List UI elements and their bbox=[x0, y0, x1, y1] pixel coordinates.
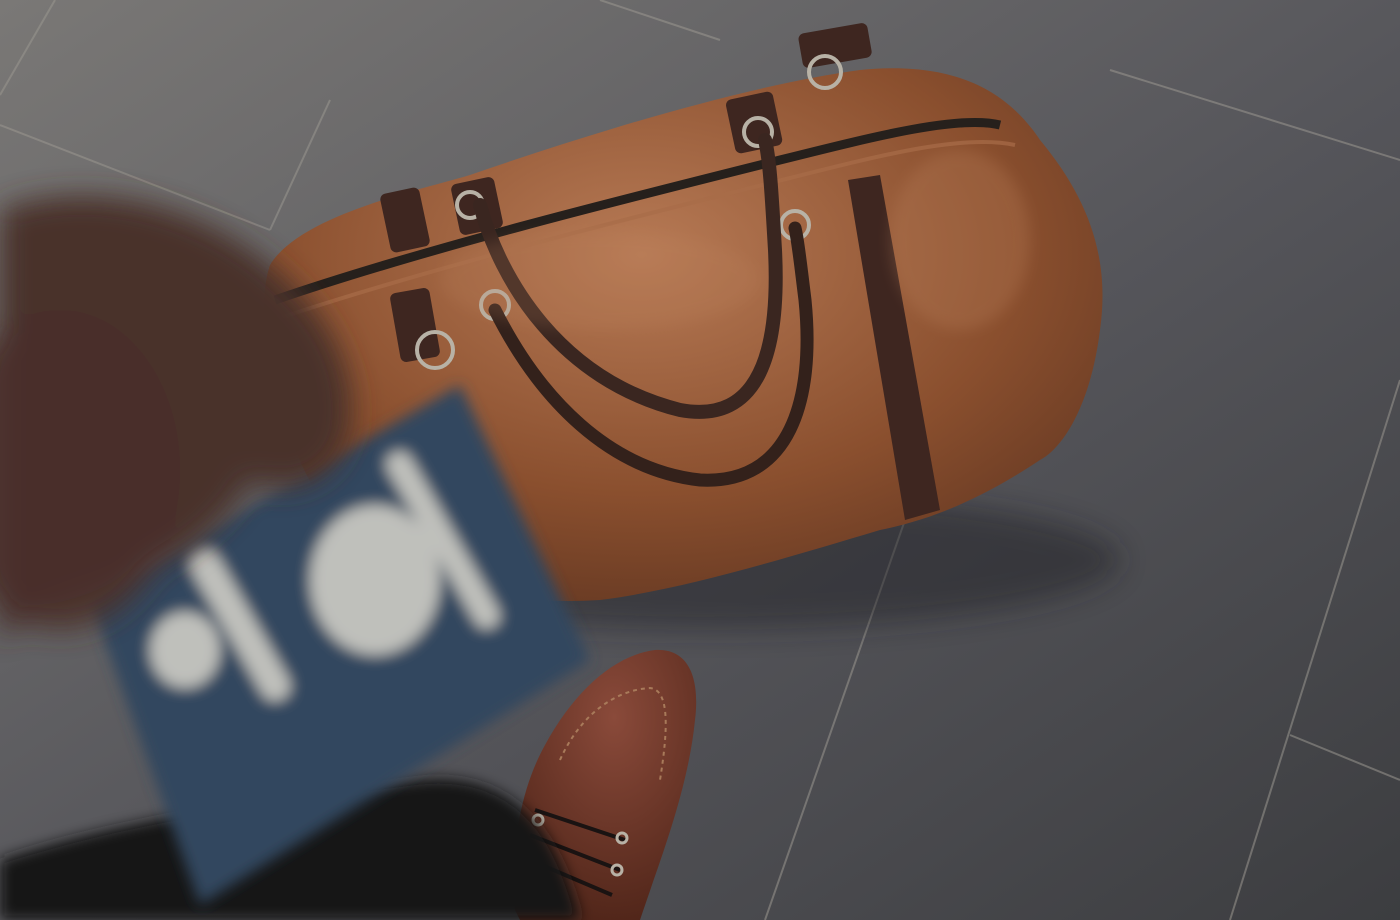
photo-scene: Overhead photo of a brown leather duffel… bbox=[0, 0, 1400, 920]
photo-canvas bbox=[0, 0, 1400, 920]
